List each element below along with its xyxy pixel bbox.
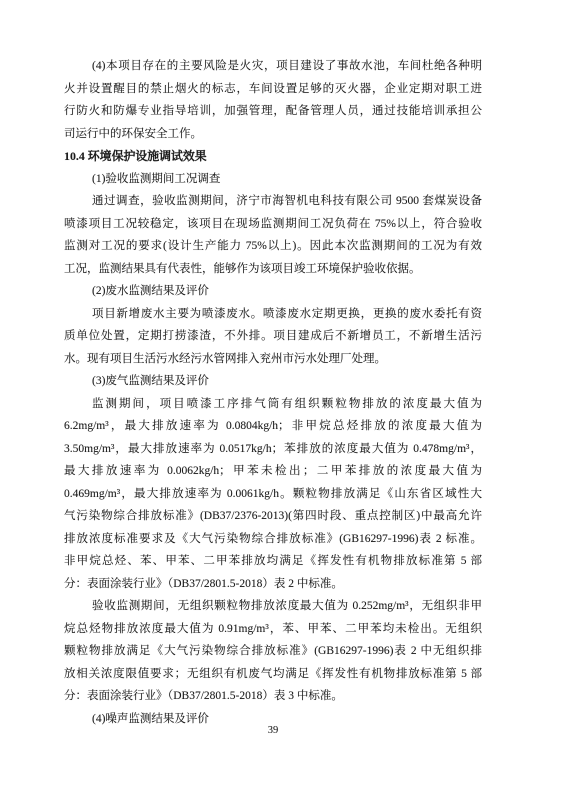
text-line: 行防火和防爆专业指导培训，加强管理，配备管理人员，通过技能培训承担公 bbox=[64, 100, 482, 123]
text-line: 火并设置醒目的禁止烟火的标志，车间设置足够的灭火器，企业定期对职工进 bbox=[64, 78, 482, 101]
subsection-label-2: (2)废水监测结果及评价 bbox=[64, 280, 482, 303]
text-line: 喷漆项目工况较稳定，该项目在现场监测期间工况负荷在 75%以上，符合验收 bbox=[64, 213, 482, 236]
text-line: 水。现有项目生活污水经污水管网排入兖州市污水处理厂处理。 bbox=[64, 348, 482, 371]
text-line: 3.50mg/m³，最大排放速率为 0.0517kg/h；苯排放的浓度最大值为 … bbox=[64, 438, 482, 461]
text-line: 通过调查，验收监测期间，济宁市海智机电科技有限公司 9500 套煤炭设备 bbox=[64, 190, 482, 213]
text-line: 分：表面涂装行业》（DB37/2801.5-2018）表 3 中标准。 bbox=[64, 685, 482, 708]
text-line: 司运行中的环保安全工作。 bbox=[64, 123, 482, 146]
text-line: 质单位处置，定期打捞漆渣，不外排。项目建成后不新增员工，不新增生活污 bbox=[64, 325, 482, 348]
text-line: 气污染物综合排放标准》(DB37/2376-2013)(第四时段、重点控制区)中… bbox=[64, 505, 482, 528]
text-line: 0.469mg/m³，最大排放速率为 0.0061kg/h。颗粒物排放满足《山东… bbox=[64, 483, 482, 506]
text-line: 颗粒物排放满足《大气污染物综合排放标准》(GB16297-1996)表 2 中无… bbox=[64, 640, 482, 663]
text-line: (4)本项目存在的主要风险是火灾，项目建设了事故水池，车间杜绝各种明 bbox=[64, 55, 482, 78]
document-body: (4)本项目存在的主要风险是火灾，项目建设了事故水池，车间杜绝各种明 火并设置醒… bbox=[64, 55, 482, 730]
text-line: 监测对工况的要求(设计生产能力 75%以上)。因此本次监测期间的工况为有效 bbox=[64, 235, 482, 258]
text-line: 烷总烃物排放浓度最大值为 0.91mg/m³，苯、甲苯、二甲苯均未检出。无组织 bbox=[64, 618, 482, 641]
text-line: 排放浓度标准要求及《大气污染物综合排放标准》(GB16297-1996)表 2 … bbox=[64, 528, 482, 551]
text-line: 分：表面涂装行业》（DB37/2801.5-2018）表 2 中标准。 bbox=[64, 573, 482, 596]
text-line: 非甲烷总烃、苯、甲苯、二甲苯排放均满足《挥发性有机物排放标准第 5 部 bbox=[64, 550, 482, 573]
text-line: 验收监测期间，无组织颗粒物排放浓度最大值为 0.252mg/m³，无组织非甲 bbox=[64, 595, 482, 618]
text-line: 6.2mg/m³，最大排放速率为 0.0804kg/h；非甲烷总烃排放的浓度最大… bbox=[64, 415, 482, 438]
text-line: 项目新增废水主要为喷漆废水。喷漆废水定期更换，更换的废水委托有资 bbox=[64, 303, 482, 326]
subsection-label-1: (1)验收监测期间工况调查 bbox=[64, 168, 482, 191]
document-page: (4)本项目存在的主要风险是火灾，项目建设了事故水池，车间杜绝各种明 火并设置醒… bbox=[0, 0, 566, 800]
text-line: 最大排放速率为 0.0062kg/h；甲苯未检出；二甲苯排放的浓度最大值为 bbox=[64, 460, 482, 483]
subsection-label-3: (3)废气监测结果及评价 bbox=[64, 370, 482, 393]
text-line: 工况，监测结果具有代表性，能够作为该项目竣工环境保护验收依据。 bbox=[64, 258, 482, 281]
section-heading-10-4: 10.4 环境保护设施调试效果 bbox=[64, 145, 482, 168]
page-number: 39 bbox=[64, 724, 482, 738]
text-line: 监测期间，项目喷漆工序排气筒有组织颗粒物排放的浓度最大值为 bbox=[64, 393, 482, 416]
text-line: 放相关浓度限值要求；无组织有机废气均满足《挥发性有机物排放标准第 5 部 bbox=[64, 663, 482, 686]
